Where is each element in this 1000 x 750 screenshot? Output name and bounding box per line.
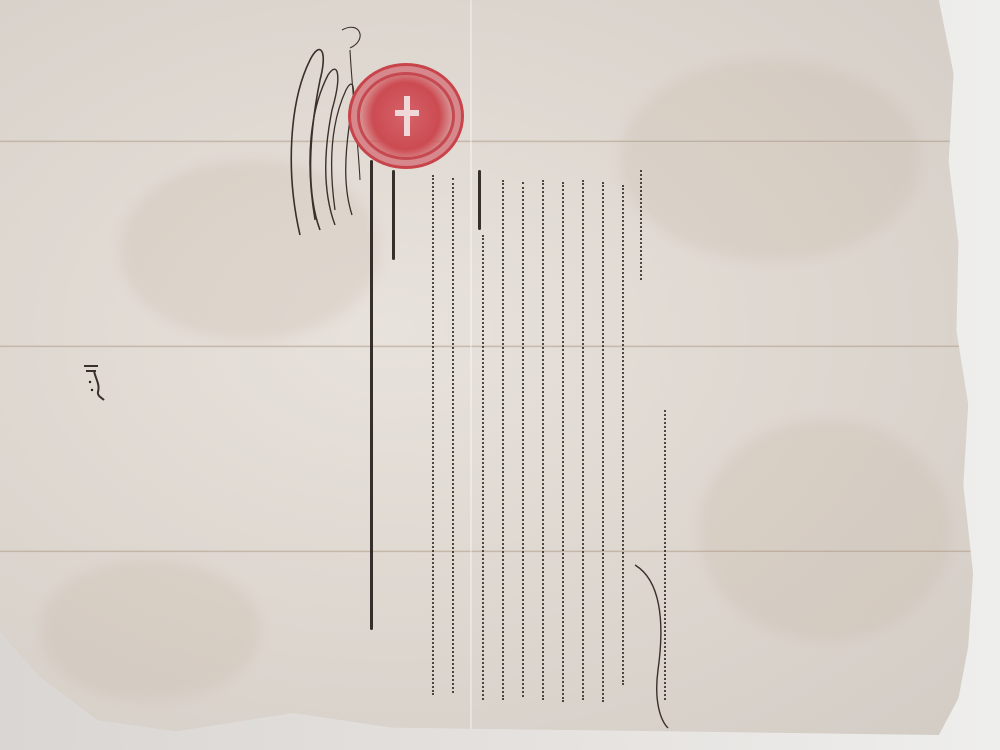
body-text-line xyxy=(482,235,484,700)
body-text-line xyxy=(432,175,434,695)
body-text-line xyxy=(602,182,604,702)
body-text-line xyxy=(502,180,504,700)
body-text-line xyxy=(582,180,584,700)
body-text-line xyxy=(452,178,454,693)
paper-stain xyxy=(40,560,260,700)
fold-line xyxy=(0,345,978,348)
manuscript-paper xyxy=(0,0,978,735)
margin-note xyxy=(80,362,110,402)
footer-flourish xyxy=(630,560,670,730)
red-seal xyxy=(348,63,464,169)
heading-line-continuation xyxy=(392,170,395,260)
fold-line-vertical xyxy=(470,0,472,735)
cross-emblem-icon xyxy=(395,96,419,136)
body-text-line-short xyxy=(640,170,642,280)
body-text-line xyxy=(542,180,544,700)
heading-line xyxy=(370,160,373,630)
paper-stain xyxy=(700,420,950,640)
body-text-line xyxy=(562,182,564,702)
paper-stain xyxy=(620,60,920,260)
fold-line xyxy=(0,140,978,143)
fold-line xyxy=(0,550,978,553)
body-text-line xyxy=(622,185,624,685)
body-opening-word xyxy=(478,170,481,230)
body-text-line xyxy=(522,182,524,697)
